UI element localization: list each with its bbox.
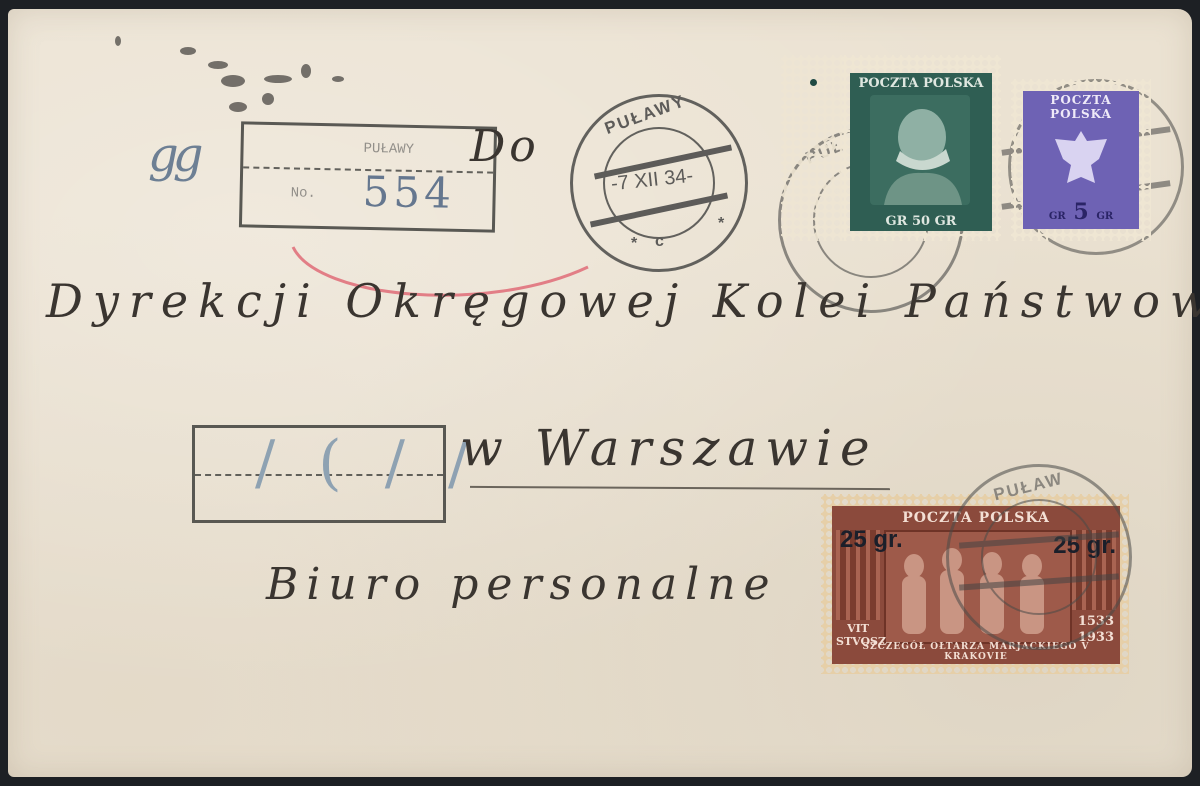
registration-town: PUŁAWY <box>363 141 414 158</box>
postmark-office-letter: c <box>655 233 664 251</box>
stamp-value: 5 <box>1073 199 1088 225</box>
salutation: Do <box>470 121 540 172</box>
postmark-partial-bottom: PUŁAW <box>946 464 1132 650</box>
stamp-caption: SZCZEGÓŁ OŁTARZA MARJACKIEGO V KRAKOVIE <box>832 642 1120 662</box>
address-line-3: Biuro personalne <box>266 559 778 610</box>
address-line-1: Dyrekcji Okręgowej Kolei Państwowych <box>46 274 1200 328</box>
registration-number: 554 <box>362 167 455 218</box>
registration-number-prefix: No. <box>290 185 316 202</box>
overprint-left: 25 gr. <box>840 526 903 554</box>
registration-handwritten-marks: / ( / / <box>255 428 480 498</box>
stamp-pilsudski-50gr: POCZTA POLSKA GR 50 GR <box>850 73 992 231</box>
postmark-star-right: * <box>718 215 724 233</box>
envelope: gg PUŁAWY No. 554 Do PUŁAWY -7 XII 34- *… <box>8 9 1192 777</box>
margin-dot <box>810 79 817 86</box>
eagle-icon <box>1051 125 1111 191</box>
address-line-2: w Warszawie <box>460 419 878 477</box>
registration-label-bottom: / ( / / <box>192 425 446 523</box>
postmark-main: PUŁAWY -7 XII 34- * c * <box>570 94 748 272</box>
postmark-star: * <box>631 235 637 253</box>
registration-label-top: PUŁAWY No. 554 <box>239 121 497 232</box>
portrait-icon <box>880 101 964 205</box>
address-underline <box>470 486 890 490</box>
pencil-mark: gg <box>148 127 197 183</box>
stamp-eagle-5gr: POCZTA POLSKA GR 5 GR <box>1023 91 1139 229</box>
